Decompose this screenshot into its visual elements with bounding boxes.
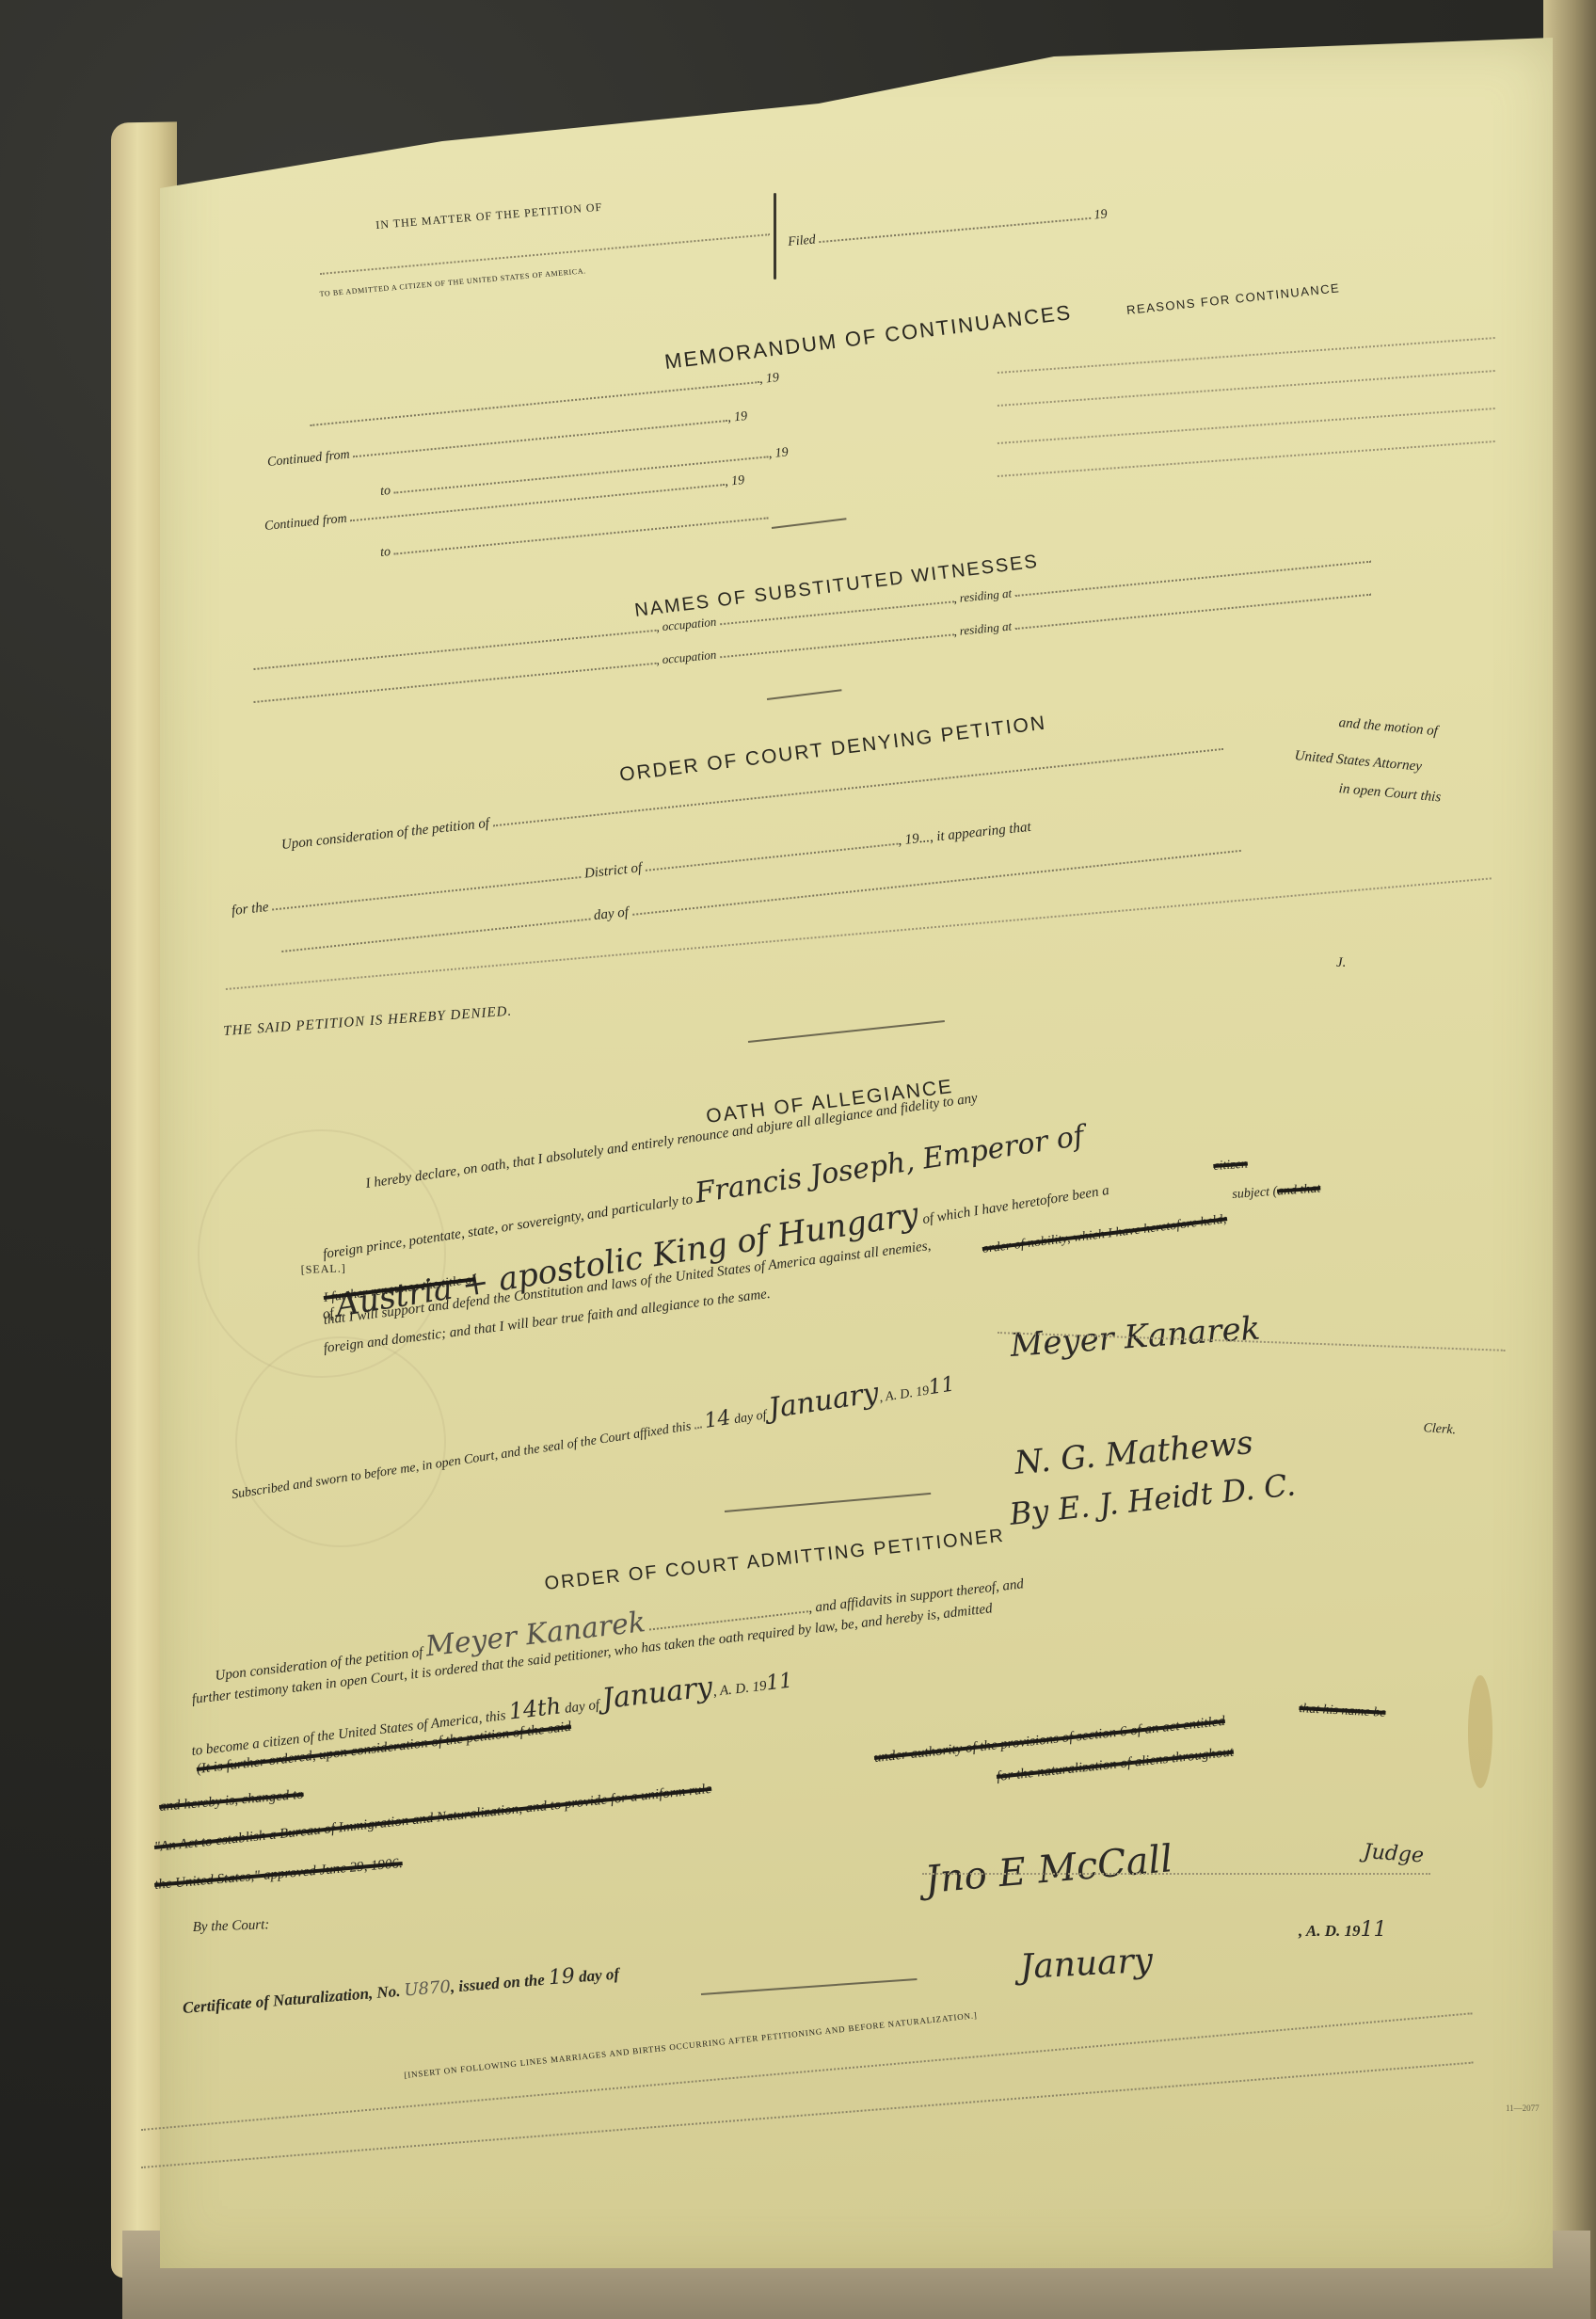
certificate-day: 19 [548, 1964, 576, 1990]
struck-nobility-line: order of nobility, which I have heretofo… [982, 1212, 1228, 1257]
reason-field [997, 408, 1495, 444]
struck-order-line2: and hereby is, changed to [159, 1787, 305, 1815]
section-divider [748, 1020, 945, 1043]
clerk-label: Clerk. [1423, 1421, 1457, 1438]
sworn-year: 11 [927, 1372, 956, 1399]
continuance-year: 19 [733, 409, 747, 424]
judge-label: Judge [1363, 1840, 1425, 1867]
filed-label: Filed 19 [788, 207, 1109, 250]
insert-note: [INSERT ON FOLLOWING LINES MARRIAGES AND… [404, 2010, 978, 2080]
continuance-date-field [394, 516, 769, 554]
petition-label: IN THE MATTER OF THE PETITION OF [375, 200, 603, 232]
continuance-year: 19 [765, 371, 779, 386]
sworn-ad: A. D. 19 [885, 1383, 930, 1404]
struck-text: for the naturalization of aliens through… [996, 1745, 1235, 1784]
filed-year-prefix: 19 [1093, 207, 1108, 222]
struck-and-that: and that [1277, 1181, 1321, 1198]
continuance-date-field [353, 419, 727, 457]
paper-stain [1468, 1675, 1492, 1788]
day-of-label: day of [593, 904, 630, 923]
struck-order-line2b: for the naturalization of aliens through… [996, 1745, 1235, 1785]
embossed-seal [235, 1336, 446, 1547]
denying-us-attorney: United States Attorney [1294, 748, 1423, 776]
reason-field [997, 370, 1495, 407]
certificate-day-of: day of [578, 1965, 619, 1986]
continued-from-label: Continued from [266, 448, 350, 470]
section-divider [725, 1493, 931, 1512]
filed-date-field [819, 216, 1091, 243]
sworn-day: 14 [703, 1406, 732, 1433]
judge-signature: Jno E McCall [923, 1837, 1174, 1902]
subject-word: subject [1232, 1185, 1270, 1202]
form-content: IN THE MATTER OF THE PETITION OF TO BE A… [0, 0, 1596, 2319]
for-the-label: for the [231, 900, 269, 919]
continuances-title: MEMORANDUM OF CONTINUANCES [663, 300, 1074, 375]
section-divider [767, 689, 842, 700]
section-divider [701, 1978, 918, 1995]
denying-open-court: in open Court this [1338, 781, 1442, 806]
filed-text: Filed [788, 232, 817, 249]
oath-subject: subject (and that [1232, 1181, 1321, 1203]
court-field [272, 875, 582, 910]
certificate-month: January [1019, 1942, 1154, 1987]
continuance-year: 19 [774, 445, 789, 460]
admission-day: 14th [507, 1692, 562, 1724]
oath-status: citizen [1213, 1157, 1249, 1175]
admission-year: 11 [765, 1669, 794, 1695]
district-label: District of [583, 860, 643, 881]
struck-citizen: citizen [1213, 1157, 1249, 1174]
district-field [646, 842, 899, 872]
certificate-ad: A. D. 19 [1306, 1922, 1361, 1940]
reason-field [997, 337, 1495, 374]
denying-petitioner-field [493, 747, 1223, 827]
issued-label: issued on the [458, 1971, 546, 1995]
reason-field [997, 440, 1495, 477]
struck-nobility: order of nobility, which I have heretofo… [982, 1212, 1228, 1256]
continued-from-label: Continued from [263, 512, 347, 534]
certificate-label: Certificate of Naturalization, No. [182, 1982, 401, 2017]
judge-signature-line [922, 1873, 1430, 1875]
judge-initial: J. [1336, 955, 1346, 971]
admission-ad: A. D. 19 [719, 1679, 767, 1700]
struck-text: the United States," approved June 29, 19… [154, 1856, 404, 1893]
certificate-year-line: , A. D. 1911 [1299, 1918, 1387, 1942]
certificate-line: Certificate of Naturalization, No. U870,… [182, 1961, 620, 2019]
residing-label: residing at [959, 585, 1013, 604]
struck-name-be: that his name be [1299, 1702, 1386, 1720]
sworn-day-of: day of [733, 1408, 767, 1427]
continuance-year: 19 [730, 473, 744, 488]
admission-month: January [600, 1671, 714, 1716]
by-court-label: By the Court: [192, 1917, 269, 1936]
oath-line3-text: of which I have heretofore been a [921, 1183, 1110, 1227]
struck-text: and hereby is, changed to [159, 1787, 305, 1815]
admission-day-of: day of [564, 1698, 600, 1717]
appearing-label: it appearing that [935, 820, 1031, 844]
seal-label: [SEAL.] [300, 1261, 345, 1277]
denying-motion-of: and the motion of [1338, 715, 1439, 740]
marriages-births-line [141, 2062, 1474, 2168]
to-label: to [379, 545, 391, 560]
denying-petition-label: Upon consideration of the petition of [280, 816, 490, 853]
occupation-field [720, 632, 954, 658]
certificate-number: U870 [404, 1977, 452, 2001]
struck-name-change: that his name be [1299, 1702, 1386, 1721]
sworn-month: January [766, 1377, 881, 1426]
to-label: to [379, 484, 391, 499]
reasons-title: REASONS FOR CONTINUANCE [1125, 280, 1340, 317]
struck-order-line4: the United States," approved June 29, 19… [154, 1856, 404, 1894]
section-divider [772, 518, 847, 529]
certificate-year: 11 [1361, 1918, 1387, 1942]
sworn-day-field [694, 1426, 702, 1430]
bracket [774, 193, 776, 280]
day-field [281, 918, 591, 952]
petitioner-name-field [320, 233, 770, 275]
residing-label: residing at [959, 618, 1013, 637]
occupation-label: occupation [662, 648, 717, 666]
form-number: 11—2077 [1506, 2103, 1540, 2113]
residence-field [1014, 593, 1371, 630]
denied-text: THE SAID PETITION IS HEREBY DENIED. [223, 1004, 513, 1040]
denying-year: 19 [904, 831, 920, 847]
